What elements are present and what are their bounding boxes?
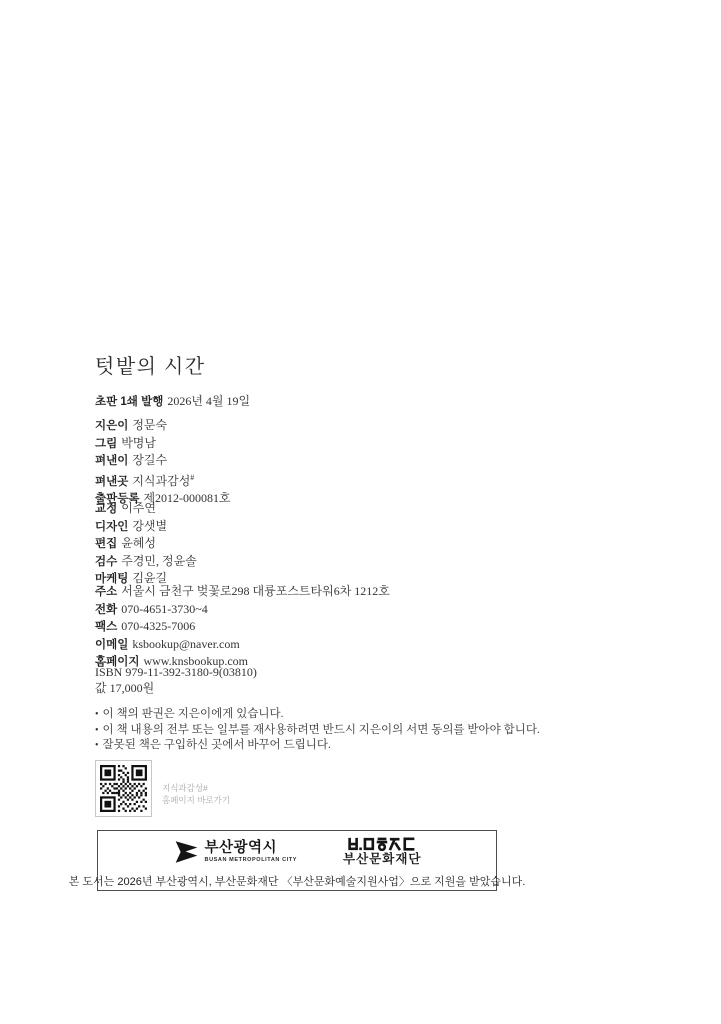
notice-item: •이 책의 판권은 지은이에게 있습니다. [95,707,540,723]
qr-code-pattern [100,765,147,812]
contact-label: 전화 [95,604,117,616]
contact-block: 주소서울시 금천구 벚꽃로298 대륭포스트타워6차 1212호 전화070-4… [95,583,390,671]
credit-value: 주경민, 정윤솔 [121,554,197,568]
price-line: 값 17,000원 [95,680,257,696]
contact-value: 070-4325-7006 [121,619,195,633]
credit-label: 펴낸곳 [95,476,128,488]
qr-code [95,760,152,817]
credit-value: 정문숙 [132,418,167,432]
qr-caption-publisher: 지식과감성# [162,782,230,794]
busan-city-text: 부산광역시 BUSAN METROPOLITAN CITY [205,841,298,863]
edition-value: 2026년 4월 19일 [167,394,250,408]
credit-value: 윤혜성 [121,536,156,550]
credit-row-publisher-person: 펴낸이장길수 [95,452,231,470]
credit-label: 편집 [95,538,117,550]
edition-label: 초판 1쇄 발행 [95,396,163,408]
contact-value: 서울시 금천구 벚꽃로298 대륭포스트타워6차 1212호 [121,584,390,598]
logos-row: 부산광역시 BUSAN METROPOLITAN CITY 부산문화재단 [173,834,422,870]
credit-row-editing: 편집윤혜성 [95,535,197,553]
busan-foundation-mark-icon [344,837,420,851]
page-title: 텃밭의 시간 [95,350,206,379]
busan-foundation-logo: 부산문화재단 [343,837,421,866]
busan-city-name: 부산광역시 [205,841,278,856]
credit-value: 강샛별 [132,519,167,533]
credit-value: 박명남 [121,436,156,450]
credit-row-design: 디자인강샛별 [95,518,197,536]
credit-label: 펴낸이 [95,455,128,467]
credit-label: 지은이 [95,420,128,432]
credit-label: 교정 [95,503,117,515]
credit-label: 검수 [95,556,117,568]
notice-text: 이 책 내용의 전부 또는 일부를 재사용하려면 반드시 지은이의 서면 동의를… [103,724,540,736]
isbn-line: ISBN 979-11-392-3180-9(03810) [95,664,257,680]
notice-text: 잘못된 책은 구입하신 곳에서 바꾸어 드립니다. [103,739,331,751]
notice-text: 이 책의 판권은 지은이에게 있습니다. [103,708,284,720]
bullet-glyph: • [95,725,99,736]
contact-row-phone: 전화070-4651-3730~4 [95,601,390,619]
support-text: 본 도서는 2026년 부산광역시, 부산문화재단 〈부산문화예술지원사업〉으로… [69,873,526,889]
qr-section: 지식과감성# 홈페이지 바로가기 [95,760,230,817]
isbn-block: ISBN 979-11-392-3180-9(03810) 값 17,000원 [95,664,257,696]
credit-value: 장길수 [132,453,167,467]
bullet-glyph: • [95,740,99,751]
contact-row-fax: 팩스070-4325-7006 [95,618,390,636]
credit-label: 그림 [95,438,117,450]
credit-label: 디자인 [95,521,128,533]
credit-value: 지식과감성# [132,474,194,488]
contact-row-email: 이메일ksbookup@naver.com [95,636,390,654]
support-credit-box: 부산광역시 BUSAN METROPOLITAN CITY 부산문화재단 본 도… [97,830,497,891]
credit-row-review: 검수주경민, 정윤솔 [95,553,197,571]
contact-label: 주소 [95,586,117,598]
busan-city-logo: 부산광역시 BUSAN METROPOLITAN CITY [173,840,298,864]
bullet-glyph: • [95,709,99,720]
edition-line: 초판 1쇄 발행2026년 4월 19일 [95,393,250,411]
contact-value: 070-4651-3730~4 [121,602,207,616]
contact-value: ksbookup@naver.com [132,637,239,651]
busan-city-mark-icon [173,840,200,864]
notice-item: •잘못된 책은 구입하신 곳에서 바꾸어 드립니다. [95,738,540,754]
credit-row-proofreading: 교정이주연 [95,500,197,518]
credit-row-publisher-company: 펴낸곳지식과감성# [95,470,231,491]
publisher-mark: # [190,473,194,482]
credits-primary-block: 지은이정문숙 그림박명남 펴낸이장길수 펴낸곳지식과감성# 출판등록제2012-… [95,417,231,508]
credit-value: 이주연 [121,501,156,515]
qr-caption-link: 홈페이지 바로가기 [162,794,230,806]
credit-row-illustrator: 그림박명남 [95,435,231,453]
contact-row-address: 주소서울시 금천구 벚꽃로298 대륭포스트타워6차 1212호 [95,583,390,601]
contact-label: 팩스 [95,621,117,633]
notice-item: •이 책 내용의 전부 또는 일부를 재사용하려면 반드시 지은이의 서면 동의… [95,723,540,739]
credits-staff-block: 교정이주연 디자인강샛별 편집윤혜성 검수주경민, 정윤솔 마케팅김윤길 [95,500,197,588]
notices-block: •이 책의 판권은 지은이에게 있습니다. •이 책 내용의 전부 또는 일부를… [95,707,540,754]
qr-caption: 지식과감성# 홈페이지 바로가기 [162,760,230,817]
contact-label: 이메일 [95,639,128,651]
busan-foundation-name: 부산문화재단 [343,852,421,866]
credit-row-author: 지은이정문숙 [95,417,231,435]
busan-city-caption: BUSAN METROPOLITAN CITY [205,857,298,863]
